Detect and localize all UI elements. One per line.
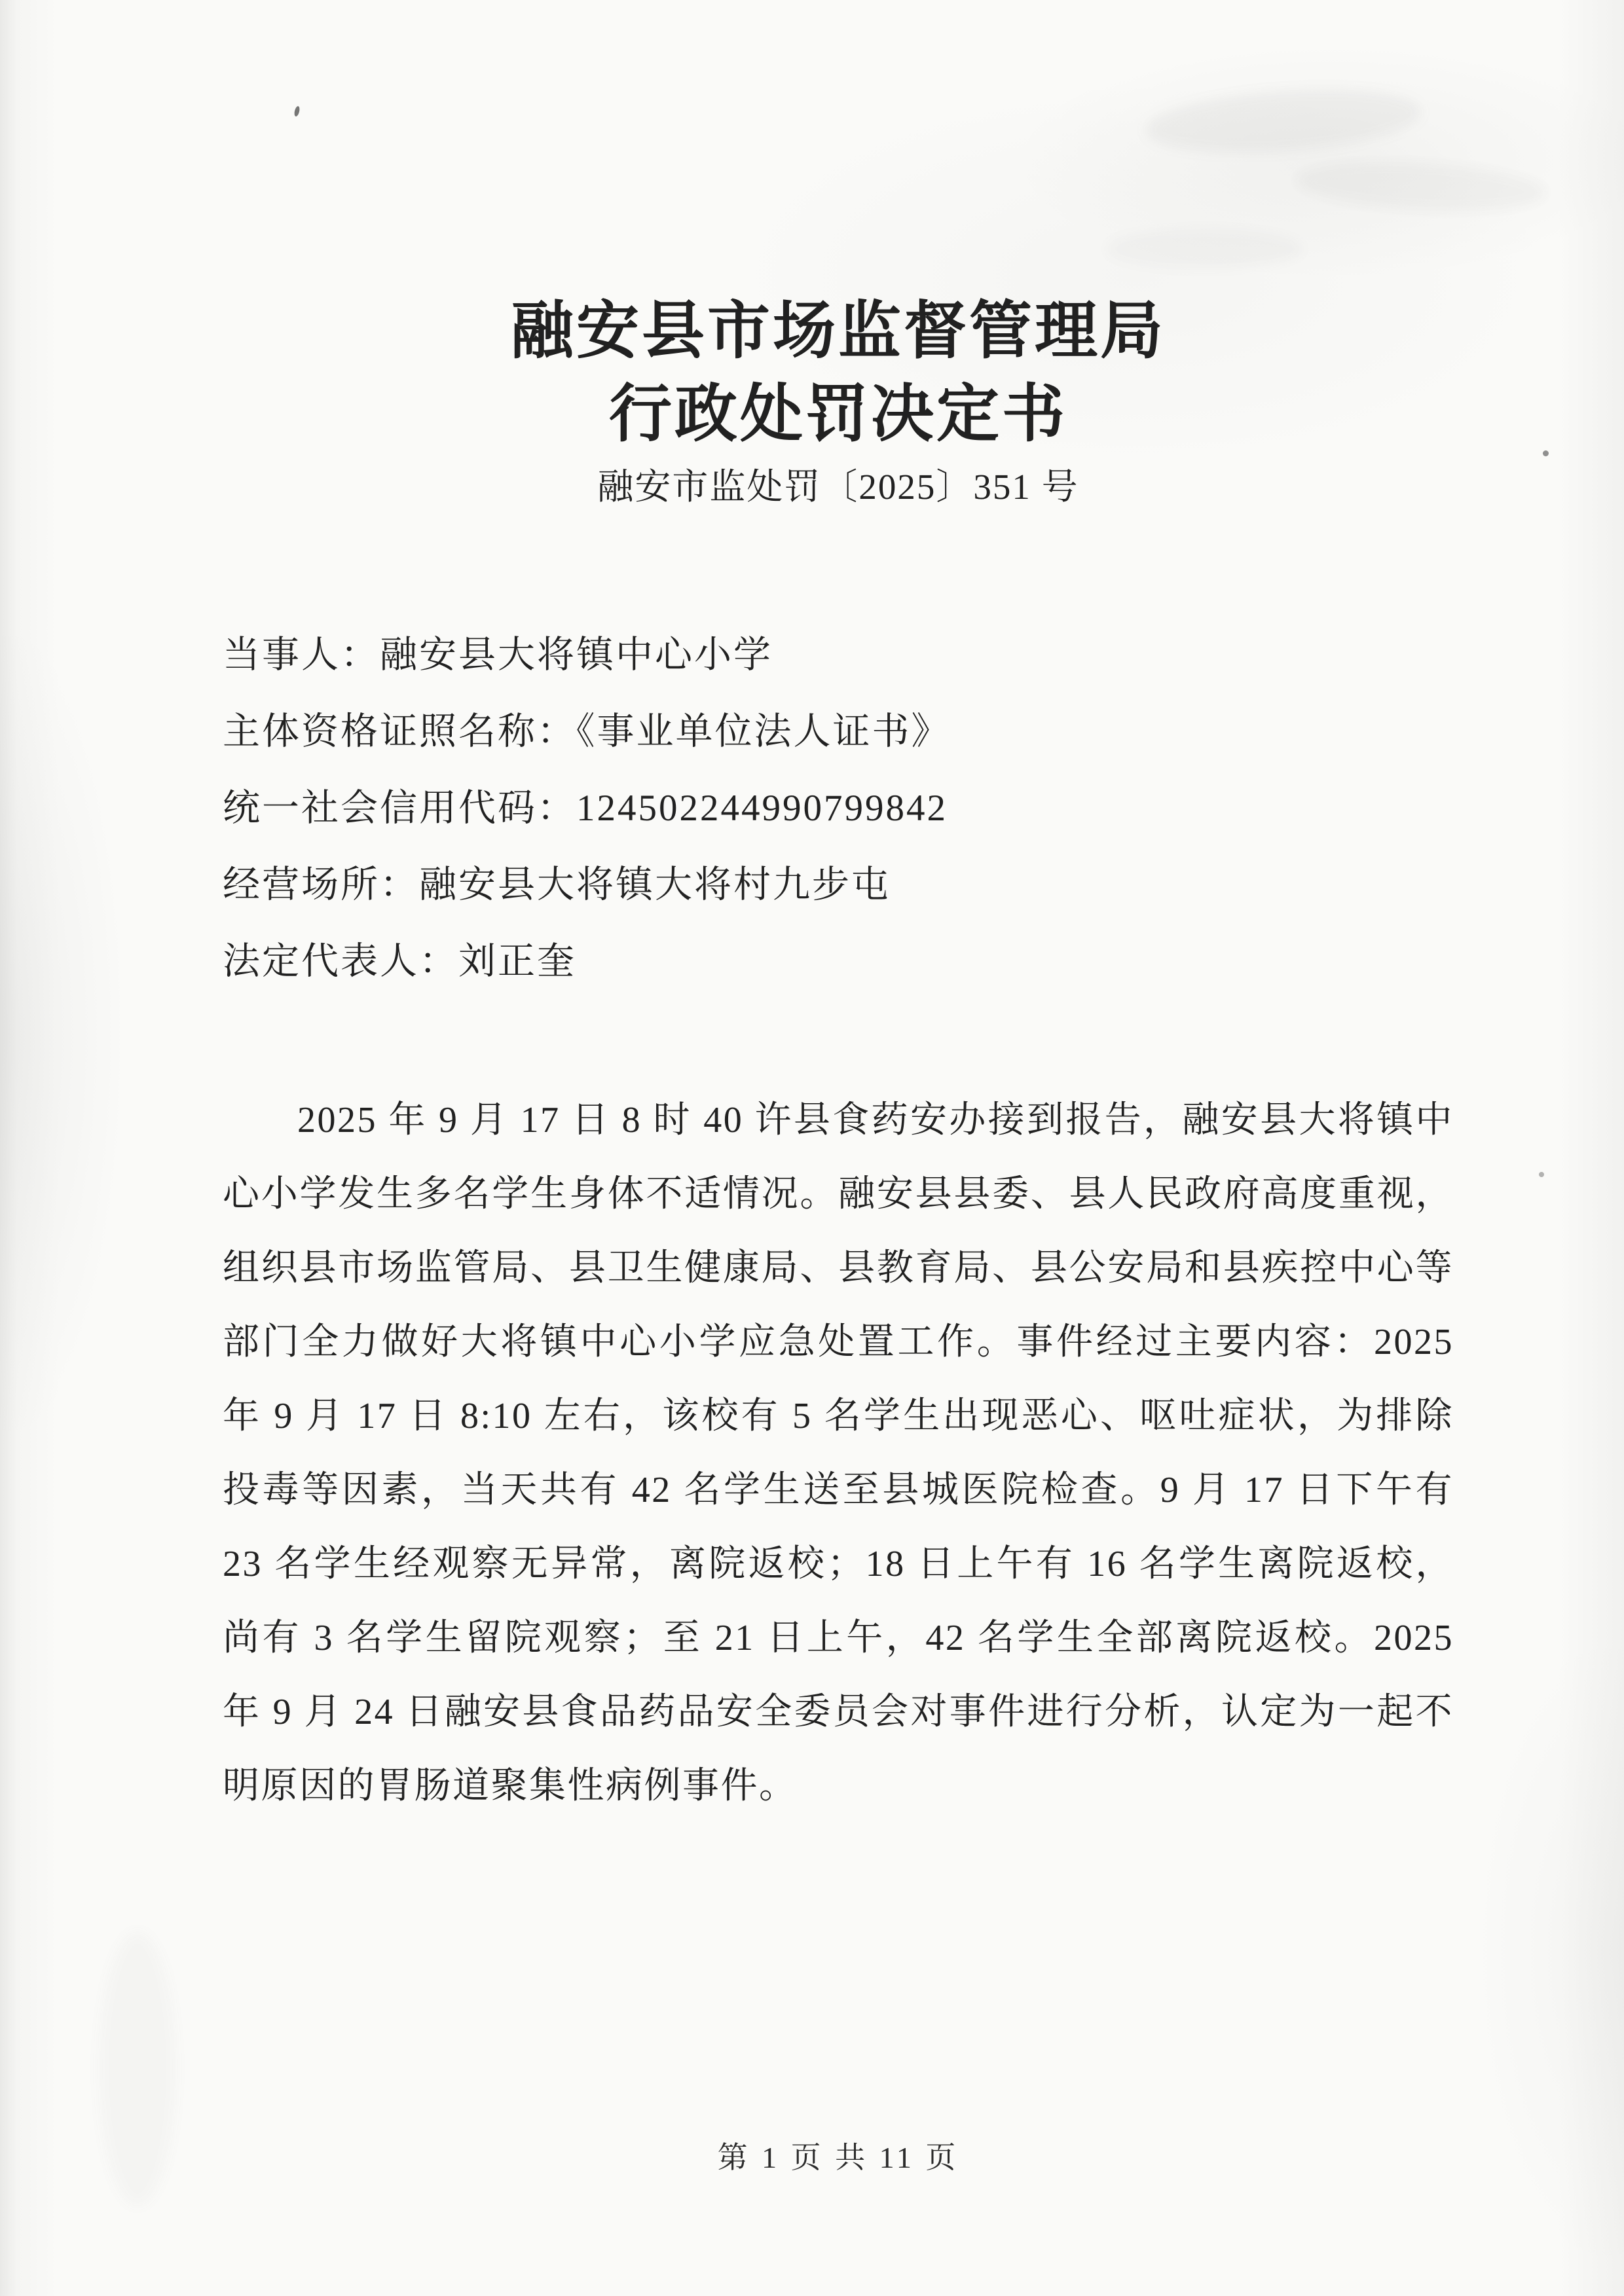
- party-line-license-name: 主体资格证照名称：《事业单位法人证书》: [223, 693, 1454, 770]
- scan-speck-artifact: [1539, 1172, 1544, 1177]
- scan-smudge-artifact: [98, 1931, 177, 2206]
- party-info-block: 当事人：融安县大将镇中心小学 主体资格证照名称：《事业单位法人证书》 统一社会信…: [223, 617, 1454, 1000]
- document-number: 融安市监处罚〔2025〕351 号: [223, 466, 1454, 508]
- page-number-text: 第 1 页 共 11 页: [718, 2141, 959, 2174]
- party-line-credit-code: 统一社会信用代码：124502244990799842: [223, 770, 1454, 847]
- party-line-legal-representative: 法定代表人：刘正奎: [223, 923, 1454, 1000]
- document-title-line1: 融安县市场监督管理局: [223, 289, 1454, 373]
- document-header: 融安县市场监督管理局 行政处罚决定书 融安市监处罚〔2025〕351 号: [223, 289, 1454, 508]
- scan-smudge-artifact: [1107, 229, 1303, 268]
- party-line-business-address: 经营场所：融安县大将镇大将村九步屯: [223, 847, 1454, 923]
- scan-speck-artifact: [1543, 450, 1549, 456]
- body-paragraph: 2025 年 9 月 17 日 8 时 40 许县食药安办接到报告，融安县大将镇…: [223, 1084, 1454, 1823]
- scanned-document-page: 融安县市场监督管理局 行政处罚决定书 融安市监处罚〔2025〕351 号 当事人…: [0, 0, 1624, 2296]
- party-line-name: 当事人：融安县大将镇中心小学: [223, 617, 1454, 693]
- document-title-line2: 行政处罚决定书: [223, 373, 1454, 456]
- document-content: 融安县市场监督管理局 行政处罚决定书 融安市监处罚〔2025〕351 号 当事人…: [223, 0, 1454, 1823]
- page-footer: 第 1 页 共 11 页: [223, 2140, 1454, 2176]
